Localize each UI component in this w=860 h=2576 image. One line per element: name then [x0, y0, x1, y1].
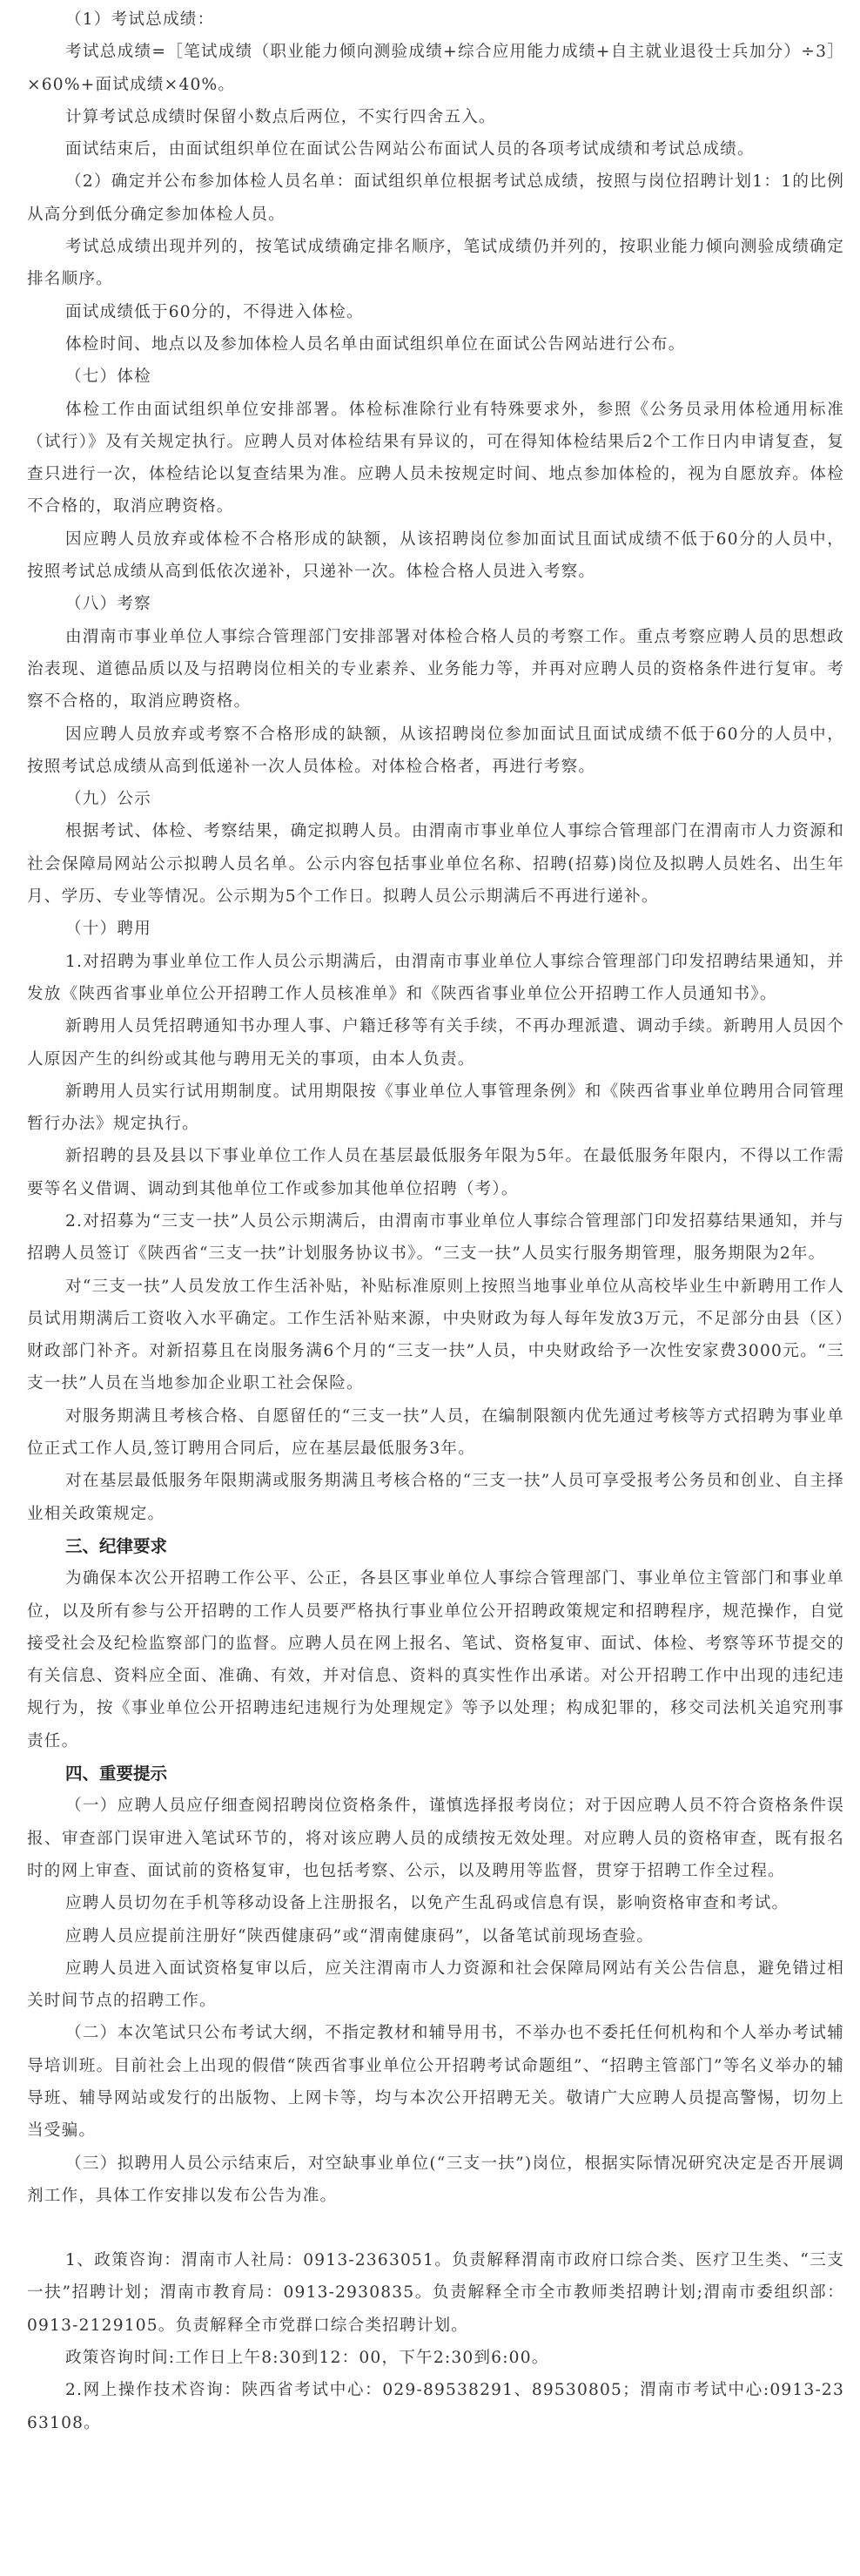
paragraph-qualification-review: （一）应聘人员应仔细查阅招聘岗位资格条件，谨慎选择报考岗位；对于因应聘人员不符合…: [27, 1790, 844, 1887]
paragraph-technical-consultation: 2.网上操作技术咨询：陕西省考试中心：029-89538291、89530805…: [27, 2374, 844, 2439]
paragraph-consultation-hours: 政策咨询时间:工作日上午8:30到12：00，下午2:30到6:00。: [27, 2342, 844, 2374]
paragraph-rounding-rule: 计算考试总成绩时保留小数点后两位，不实行四舍五入。: [27, 101, 844, 133]
spacer: [27, 2212, 844, 2244]
paragraph-score-formula: 考试总成绩=［笔试成绩（职业能力倾向测验成绩+综合应用能力成绩+自主就业退役士兵…: [27, 36, 844, 101]
paragraph-employment-notice: 1.对招聘为事业单位工作人员公示期满后，由渭南市事业单位人事综合管理部门印发招聘…: [27, 946, 844, 1011]
paragraph-inspection-vacancy: 因应聘人员放弃或考察不合格形成的缺额，从该招聘岗位参加面试且面试成绩不低于60分…: [27, 718, 844, 784]
paragraph-sanzhi-yifu-recruitment: 2.对招募为“三支一扶”人员公示期满后，由渭南市事业单位人事综合管理部门印发招募…: [27, 1205, 844, 1271]
paragraph-no-mobile-registration: 应聘人员切勿在手机等移动设备上注册报名，以免产生乱码或信息有误，影响资格审查和考…: [27, 1887, 844, 1919]
paragraph-minimum-service: 新招聘的县及县以下事业单位工作人员在基层最低服务年限为5年。在最低服务年限内，不…: [27, 1140, 844, 1205]
paragraph-new-hire-procedures: 新聘用人员凭招聘通知书办理人事、户籍迁移等有关手续，不再办理派遣、调动手续。新聘…: [27, 1010, 844, 1076]
paragraph-score-publication: 面试结束后，由面试组织单位在面试公告网站公布面试人员的各项考试成绩和考试总成绩。: [27, 133, 844, 165]
paragraph-follow-announcements: 应聘人员进入面试资格复审以后，应关注渭南市人力资源和社会保障局网站有关公告信息，…: [27, 1952, 844, 2018]
paragraph-no-training-courses: （二）本次笔试只公布考试大纲，不指定教材和辅导用书，不举办也不委托任何机构和个人…: [27, 2017, 844, 2147]
subheading-total-score: （1）考试总成绩：: [27, 3, 844, 36]
paragraph-discipline-requirements: 为确保本次公开招聘工作公平、公正，各县区事业单位人事综合管理部门、事业单位主管部…: [27, 1562, 844, 1757]
paragraph-inspection-work: 由渭南市事业单位人事综合管理部门安排部署对体检合格人员的考察工作。重点考察应聘人…: [27, 621, 844, 718]
paragraph-probation: 新聘用人员实行试用期制度。试用期限按《事业单位人事管理条例》和《陕西省事业单位聘…: [27, 1076, 844, 1141]
announcement-document: （1）考试总成绩： 考试总成绩=［笔试成绩（职业能力倾向测验成绩+综合应用能力成…: [0, 0, 860, 2457]
paragraph-sanzhi-yifu-allowance: 对“三支一扶”人员发放工作生活补贴，补贴标准原则上按照当地事业单位从高校毕业生中…: [27, 1271, 844, 1400]
subheading-public-notice: （九）公示: [27, 783, 844, 815]
paragraph-public-notice: 根据考试、体检、考察结果，确定拟聘人员。由渭南市事业单位人事综合管理部门在渭南市…: [27, 815, 844, 913]
paragraph-exam-time-location: 体检时间、地点以及参加体检人员名单由面试组织单位在面试公告网站进行公布。: [27, 328, 844, 361]
paragraph-minimum-interview-score: 面试成绩低于60分的，不得进入体检。: [27, 296, 844, 328]
subheading-physical-exam: （七）体检: [27, 361, 844, 393]
paragraph-physical-exam-standards: 体检工作由面试组织单位安排部署。体检标准除行业有特殊要求外，参照《公务员录用体检…: [27, 394, 844, 523]
paragraph-vacancy-adjustment: （三）拟聘用人员公示结束后，对空缺事业单位(“三支一扶”)岗位，根据实际情况研究…: [27, 2148, 844, 2213]
paragraph-physical-exam-vacancy: 因应聘人员放弃或体检不合格形成的缺额，从该招聘岗位参加面试且面试成绩不低于60分…: [27, 523, 844, 589]
paragraph-sanzhi-yifu-benefits: 对在基层最低服务年限期满或服务期满且考核合格的“三支一扶”人员可享受报考公务员和…: [27, 1465, 844, 1530]
section-heading-important-notes: 四、重要提示: [27, 1757, 844, 1790]
section-heading-discipline: 三、纪律要求: [27, 1530, 844, 1562]
paragraph-sanzhi-yifu-retention: 对服务期满且考核合格、自愿留任的“三支一扶”人员，在编制限额内优先通过考核等方式…: [27, 1400, 844, 1466]
paragraph-exam-candidates-list: （2）确定并公布参加体检人员名单：面试组织单位根据考试总成绩，按照与岗位招聘计划…: [27, 165, 844, 231]
subheading-inspection: （八）考察: [27, 588, 844, 620]
paragraph-health-code: 应聘人员应提前注册好“陕西健康码”或“渭南健康码”，以备笔试前现场查验。: [27, 1920, 844, 1952]
paragraph-tie-breaking: 考试总成绩出现并列的，按笔试成绩确定排名顺序，笔试成绩仍并列的，按职业能力倾向测…: [27, 231, 844, 296]
subheading-employment: （十）聘用: [27, 913, 844, 945]
paragraph-policy-consultation: 1、政策咨询：渭南市人社局：0913-2363051。负责解释渭南市政府口综合类…: [27, 2244, 844, 2342]
